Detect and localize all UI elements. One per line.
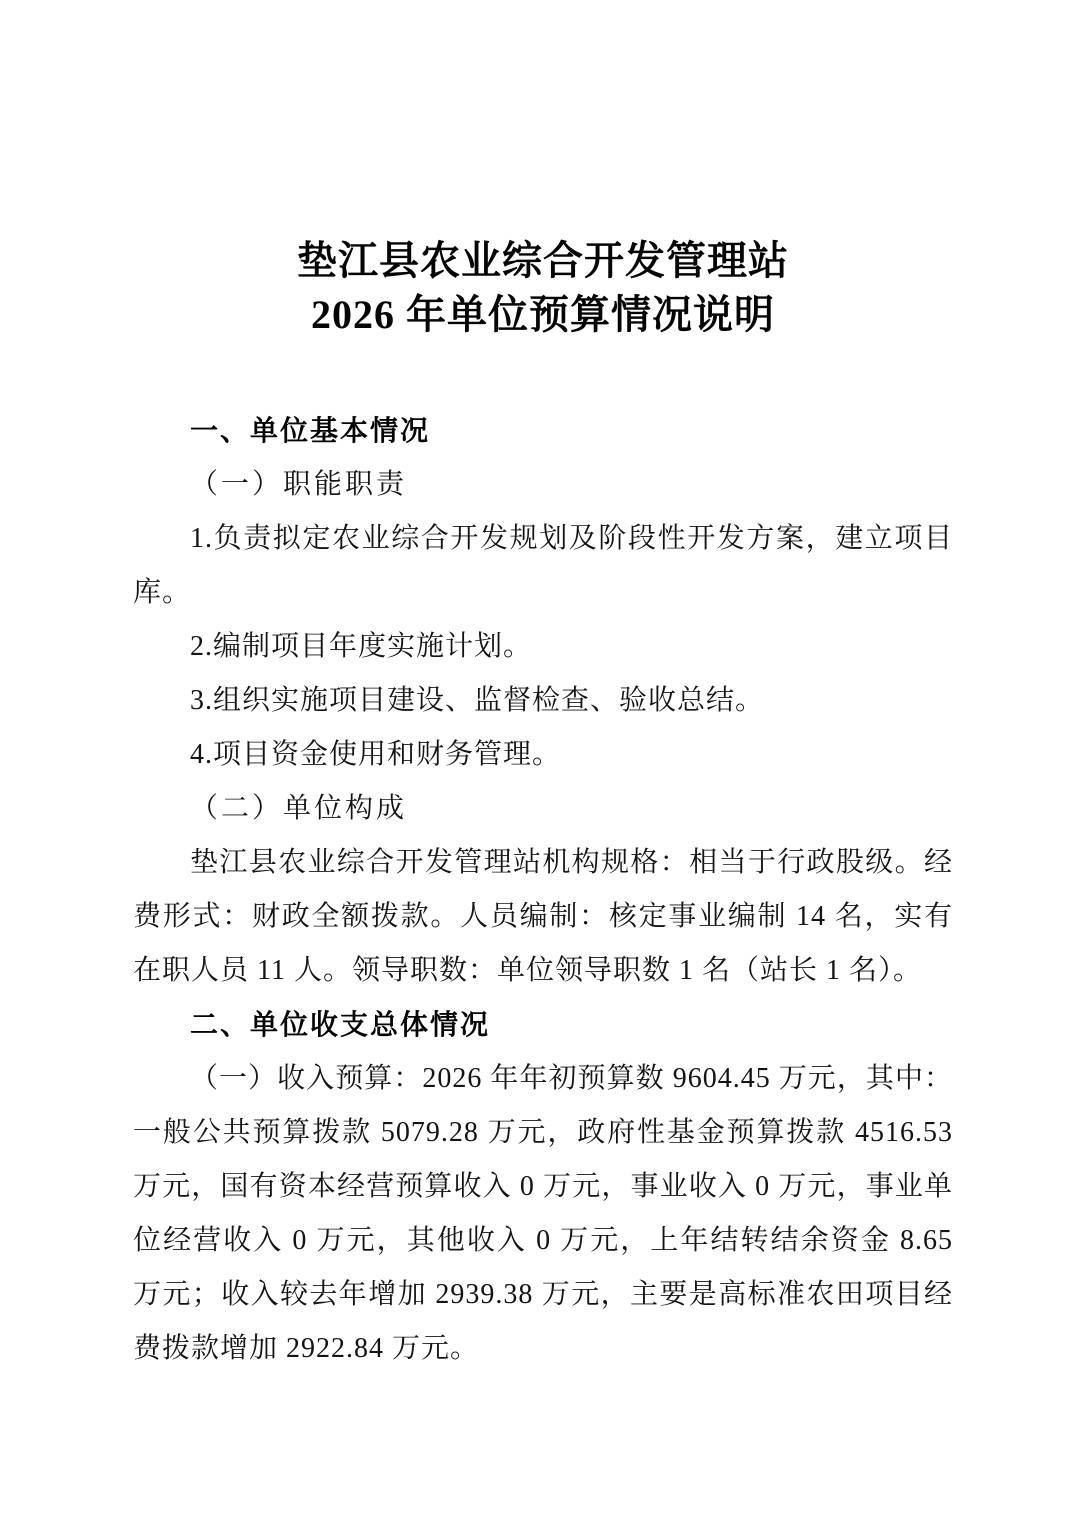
document-title-line-2: 2026 年单位预算情况说明 (133, 288, 953, 342)
paragraph-duty-3: 3.组织实施项目建设、监督检查、验收总结。 (133, 674, 953, 728)
section-heading-budget-overview: 二、单位收支总体情况 (133, 998, 953, 1052)
paragraph-duty-1: 1.负责拟定农业综合开发规划及阶段性开发方案，建立项目库。 (133, 512, 953, 620)
document-title: 垫江县农业综合开发管理站 2026 年单位预算情况说明 (133, 234, 953, 342)
document-body: 一、单位基本情况 （一）职能职责 1.负责拟定农业综合开发规划及阶段性开发方案，… (133, 404, 953, 1376)
paragraph-duty-2: 2.编制项目年度实施计划。 (133, 620, 953, 674)
subsection-heading-duties: （一）职能职责 (133, 458, 953, 512)
subsection-heading-composition: （二）单位构成 (133, 782, 953, 836)
section-heading-basic-info: 一、单位基本情况 (133, 404, 953, 458)
paragraph-unit-composition: 垫江县农业综合开发管理站机构规格：相当于行政股级。经费形式：财政全额拨款。人员编… (133, 836, 953, 998)
document-title-line-1: 垫江县农业综合开发管理站 (133, 234, 953, 288)
document-page: 垫江县农业综合开发管理站 2026 年单位预算情况说明 一、单位基本情况 （一）… (0, 0, 1074, 1520)
paragraph-income-budget: （一）收入预算：2026 年年初预算数 9604.45 万元，其中：一般公共预算… (133, 1052, 953, 1376)
paragraph-duty-4: 4.项目资金使用和财务管理。 (133, 728, 953, 782)
document-content: 垫江县农业综合开发管理站 2026 年单位预算情况说明 一、单位基本情况 （一）… (133, 234, 953, 1376)
